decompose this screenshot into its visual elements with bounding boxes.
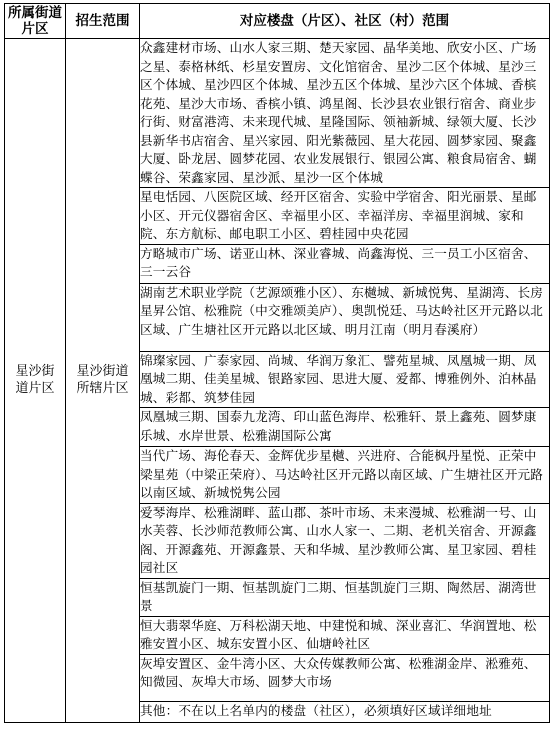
district-name: 星沙街道片区 bbox=[15, 363, 55, 397]
other-note-cell: 其他：不在以上名单内的楼盘（社区），必须填好区域详细地址 bbox=[140, 701, 550, 722]
estates-cell: 恒基凯旋门一期、恒基凯旋门二期、恒基凯旋门三期、陶然居、湖湾世景 bbox=[140, 578, 550, 616]
estates-cell: 灰埠安置区、金牛湾小区、大众传媒教师公寓、松雅湖金岸、淞雅苑、知微园、灰埠大市场… bbox=[140, 654, 550, 701]
header-district: 所属街道片区 bbox=[5, 4, 66, 39]
header-row: 所属街道片区 招生范围 对应楼盘（片区）、社区（村）范围 bbox=[5, 4, 550, 39]
header-estates: 对应楼盘（片区）、社区（村）范围 bbox=[140, 4, 550, 39]
estates-cell: 方略城市广场、诺亚山林、深业睿城、尚鑫海悦、三一员工小区宿舍、三一云谷 bbox=[140, 244, 550, 283]
estates-cell: 当代广场、海伦春天、金辉优步星樾、兴进府、合能枫丹星悦、正荣中梁星苑（中梁正荣府… bbox=[140, 447, 550, 504]
estates-cell: 爱琴海岸、松雅湖畔、蓝山郡、茶叶市场、未来漫城、松雅湖一号、山水芙蓉、长沙师范教… bbox=[140, 503, 550, 578]
table-row: 星沙街道片区 星沙街道所辖片区 众鑫建材市场、山水人家三期、楚天家园、晶华美地、… bbox=[5, 39, 550, 188]
estates-cell: 星电恬园、八医院区域、经开区宿舍、实验中学宿舍、阳光丽景、星邮小区、开元仪器宿舍… bbox=[140, 188, 550, 245]
estates-cell: 凤凰城三期、国泰九龙湾、印山蓝色海岸、松雅轩、景上鑫苑、圆梦康乐城、水岸世景、松… bbox=[140, 408, 550, 447]
estates-cell: 恒大翡翠华庭、万科松湖天地、中建悦和城、深业喜汇、华润置地、松雅安置小区、城东安… bbox=[140, 616, 550, 654]
estates-cell: 众鑫建材市场、山水人家三期、楚天家园、晶华美地、欣安小区、广场之星、泰格林纸、杉… bbox=[140, 39, 550, 188]
header-enrollment-scope: 招生范围 bbox=[66, 4, 140, 39]
enrollment-zone-table: 所属街道片区 招生范围 对应楼盘（片区）、社区（村）范围 星沙街道片区 星沙街道… bbox=[4, 3, 550, 723]
estates-cell: 湖南艺术职业学院（艺源颂雅小区）、东樾城、新城悦隽、星湖湾、长房星昇公馆、松雅院… bbox=[140, 283, 550, 351]
scope-cell: 星沙街道所辖片区 bbox=[66, 39, 140, 723]
district-cell: 星沙街道片区 bbox=[5, 39, 66, 723]
estates-cell: 锦璨家园、广泰家园、尚城、华润万象汇、譬苑星城、凤凰城一期、凤凰城二期、佳美星城… bbox=[140, 351, 550, 408]
enrollment-scope-name: 星沙街道所辖片区 bbox=[76, 363, 130, 397]
